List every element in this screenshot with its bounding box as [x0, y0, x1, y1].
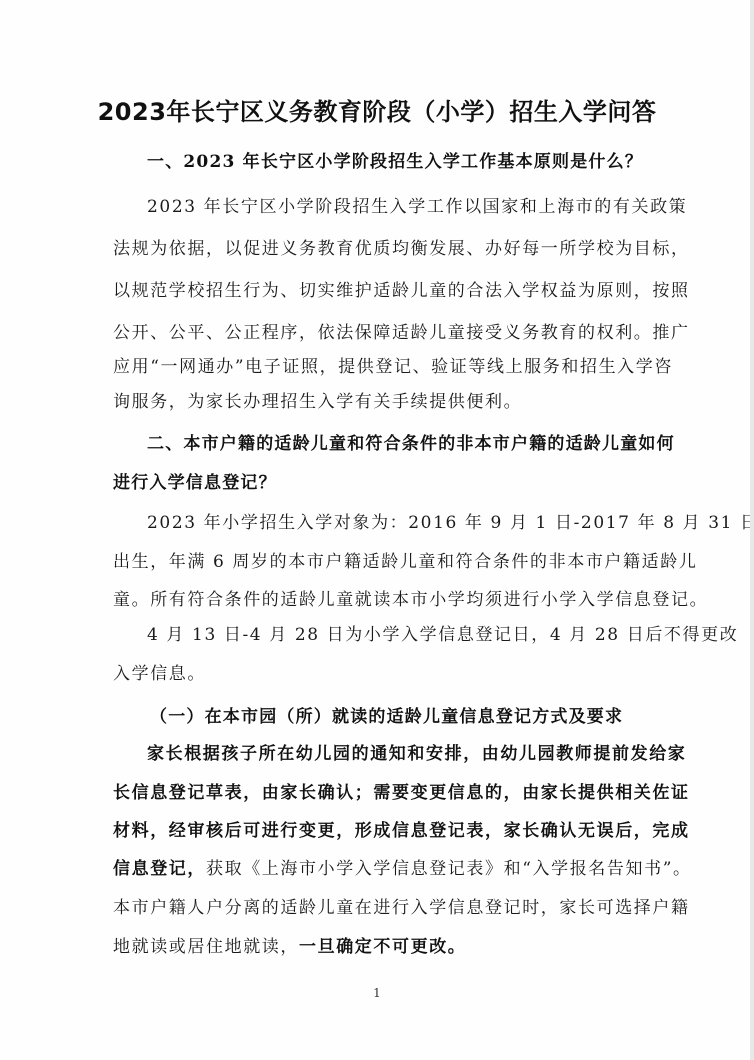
- paragraph-line: 2023 年小学招生入学对象为：2016 年 9 月 1 日-2017 年 8 …: [147, 512, 659, 534]
- paragraph-line: 法规为依据，以促进义务教育优质均衡发展、办好每一所学校为目标，: [113, 238, 659, 260]
- bold-line: 家长根据孩子所在幼儿园的通知和安排，由幼儿园教师提前发给家: [147, 743, 659, 765]
- normal-fragment: 获取《上海市小学入学信息登记表》和“入学报名告知书”。: [206, 859, 692, 879]
- paragraph-line: 公开、公平、公正程序，依法保障适龄儿童接受义务教育的权利。推广: [113, 322, 659, 344]
- section-2-heading-cont: 进行入学信息登记？: [113, 472, 659, 494]
- paragraph-line: 4 月 13 日-4 月 28 日为小学入学信息登记日，4 月 28 日后不得更…: [147, 624, 659, 646]
- normal-fragment: 地就读或居住地就读，: [113, 937, 299, 957]
- document-title: 2023年长宁区义务教育阶段（小学）招生入学问答: [0, 92, 754, 127]
- scrollbar-track[interactable]: [750, 0, 754, 1060]
- section-2-heading: 二、本市户籍的适龄儿童和符合条件的非本市户籍的适龄儿童如何: [147, 433, 659, 455]
- paragraph-line: 应用“一网通办”电子证照，提供登记、验证等线上服务和招生入学咨: [113, 356, 659, 378]
- mixed-line: 地就读或居住地就读，一旦确定不可更改。: [113, 936, 659, 958]
- bold-line: 长信息登记草表，由家长确认；需要变更信息的，由家长提供相关佐证: [113, 782, 659, 804]
- document-page: 2023年长宁区义务教育阶段（小学）招生入学问答 一、2023 年长宁区小学阶段…: [0, 0, 750, 1060]
- paragraph-line: 询服务，为家长办理招生入学有关手续提供便利。: [113, 391, 659, 413]
- paragraph-line: 入学信息。: [113, 663, 659, 685]
- paragraph-line: 以规范学校招生行为、切实维护适龄儿童的合法入学权益为原则，按照: [113, 280, 659, 302]
- bold-line: 材料，经审核后可进行变更，形成信息登记表，家长确认无误后，完成: [113, 820, 659, 842]
- section-1-heading: 一、2023 年长宁区小学阶段招生入学工作基本原则是什么？: [147, 151, 659, 173]
- paragraph-line: 2023 年长宁区小学阶段招生入学工作以国家和上海市的有关政策: [147, 196, 659, 218]
- bold-fragment: 信息登记，: [113, 859, 206, 879]
- mixed-line: 信息登记，获取《上海市小学入学信息登记表》和“入学报名告知书”。: [113, 858, 659, 880]
- paragraph-line: 本市户籍人户分离的适龄儿童在进行入学信息登记时，家长可选择户籍: [113, 897, 659, 919]
- paragraph-line: 出生，年满 6 周岁的本市户籍适龄儿童和符合条件的非本市户籍适龄儿: [113, 551, 659, 573]
- subsection-heading: （一）在本市园（所）就读的适龄儿童信息登记方式及要求: [150, 706, 662, 728]
- bold-fragment: 一旦确定不可更改。: [299, 937, 466, 957]
- page-number: 1: [0, 986, 754, 1000]
- paragraph-line: 童。所有符合条件的适龄儿童就读本市小学均须进行小学入学信息登记。: [113, 589, 659, 611]
